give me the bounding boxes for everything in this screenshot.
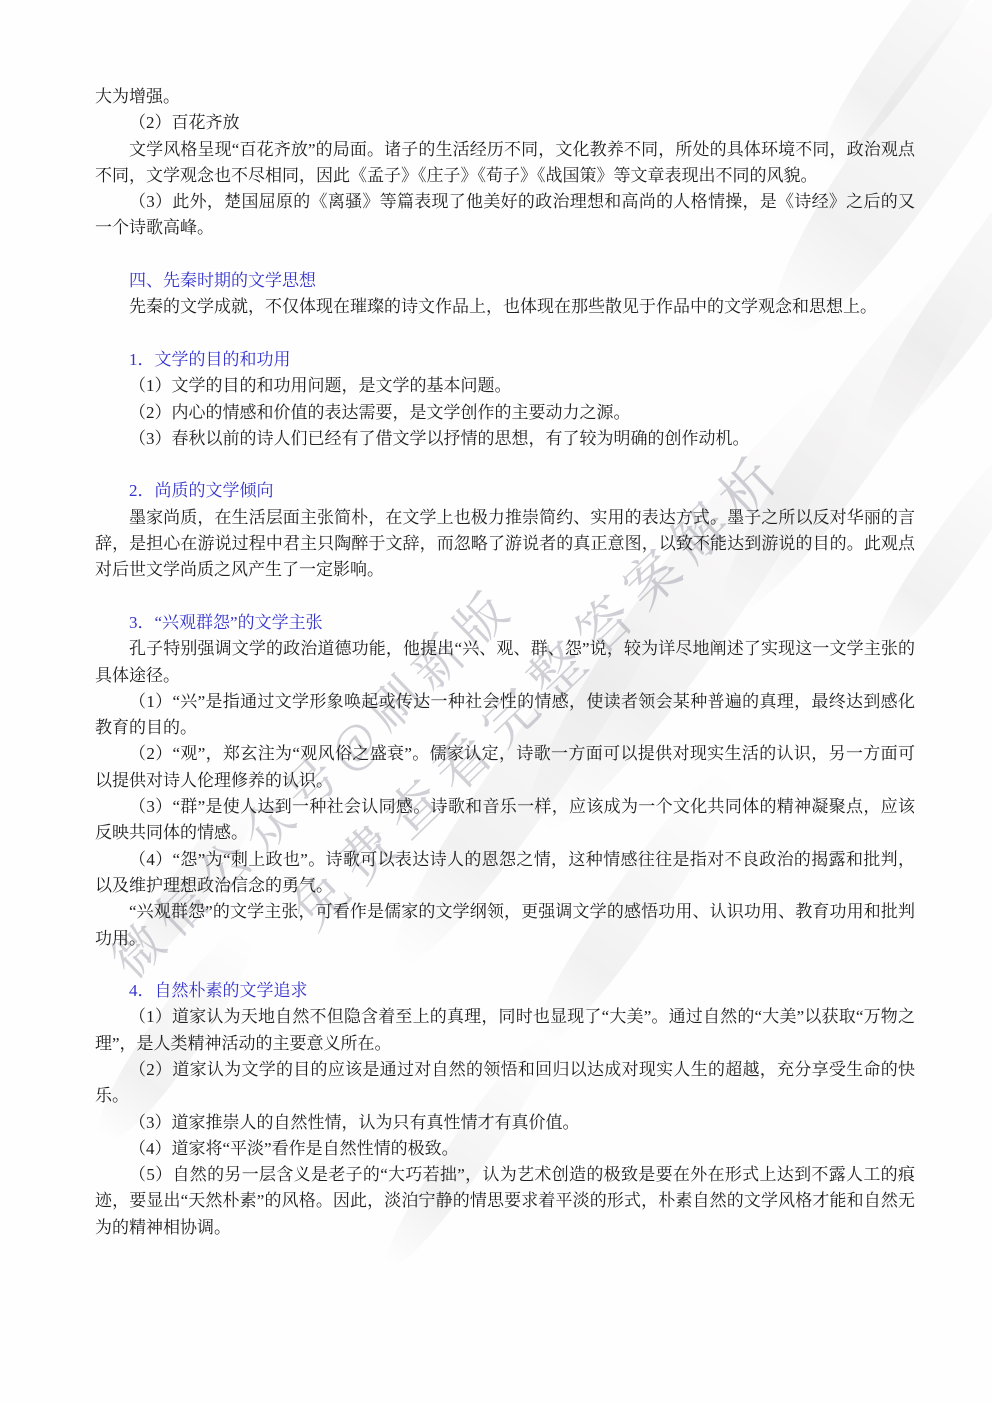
paragraph: 文学风格呈现“百花齐放”的局面。诸子的生活经历不同，文化教养不同，所处的具体环境…: [95, 137, 915, 190]
paragraph: （1）道家认为天地自然不但隐含着至上的真理，同时也显现了“大美”。通过自然的“大…: [95, 1004, 915, 1057]
paragraph: （2）内心的情感和价值的表达需要，是文学创作的主要动力之源。: [95, 400, 915, 426]
paragraph: （3）“群”是使人达到一种社会认同感。诗歌和音乐一样，应该成为一个文化共同体的精…: [95, 794, 915, 847]
paragraph: （3）此外，楚国屈原的《离骚》等篇表现了他美好的政治理想和高尚的人格情操，是《诗…: [95, 189, 915, 242]
section-heading: 4．自然朴素的文学追求: [95, 978, 915, 1004]
document-text: 大为增强。（2）百花齐放文学风格呈现“百花齐放”的局面。诸子的生活经历不同，文化…: [95, 84, 915, 1241]
paragraph: （2）百花齐放: [95, 110, 915, 136]
paragraph: （1）文学的目的和功用问题，是文学的基本问题。: [95, 373, 915, 399]
paragraph: （2）“观”，郑玄注为“观风俗之盛衰”。儒家认定，诗歌一方面可以提供对现实生活的…: [95, 741, 915, 794]
paragraph: （4）“怨”为“刺上政也”。诗歌可以表达诗人的恩怨之情，这种情感往往是指对不良政…: [95, 847, 915, 900]
paragraph: 墨家尚质，在生活层面主张简朴，在文学上也极力推崇简约、实用的表达方式。墨子之所以…: [95, 505, 915, 584]
paragraph: “兴观群怨”的文学主张，可看作是儒家的文学纲领，更强调文学的感悟功用、认识功用、…: [95, 899, 915, 952]
section-heading: 2．尚质的文学倾向: [95, 478, 915, 504]
paragraph: （5）自然的另一层含义是老子的“大巧若拙”，认为艺术创造的极致是要在外在形式上达…: [95, 1162, 915, 1241]
paragraph: （4）道家将“平淡”看作是自然性情的极致。: [95, 1136, 915, 1162]
paragraph: （3）春秋以前的诗人们已经有了借文学以抒情的思想，有了较为明确的创作动机。: [95, 426, 915, 452]
paragraph: （2）道家认为文学的目的应该是通过对自然的领悟和回归以达成对现实人生的超越，充分…: [95, 1057, 915, 1110]
section-heading: 1．文学的目的和功用: [95, 347, 915, 373]
paragraph: 孔子特别强调文学的政治道德功能，他提出“兴、观、群、怨”说，较为详尽地阐述了实现…: [95, 636, 915, 689]
document-page: 微信公众号@刷新版 免费查看完整答案解析 大为增强。（2）百花齐放文学风格呈现“…: [0, 0, 992, 1403]
paragraph: 先秦的文学成就，不仅体现在璀璨的诗文作品上，也体现在那些散见于作品中的文学观念和…: [95, 294, 915, 320]
paragraph: 大为增强。: [95, 84, 915, 110]
section-heading: 3．“兴观群怨”的文学主张: [95, 610, 915, 636]
section-heading: 四、先秦时期的文学思想: [95, 268, 915, 294]
paragraph: （1）“兴”是指通过文学形象唤起或传达一种社会性的情感，使读者领会某种普遍的真理…: [95, 689, 915, 742]
paragraph: （3）道家推崇人的自然性情，认为只有真性情才有真价值。: [95, 1110, 915, 1136]
